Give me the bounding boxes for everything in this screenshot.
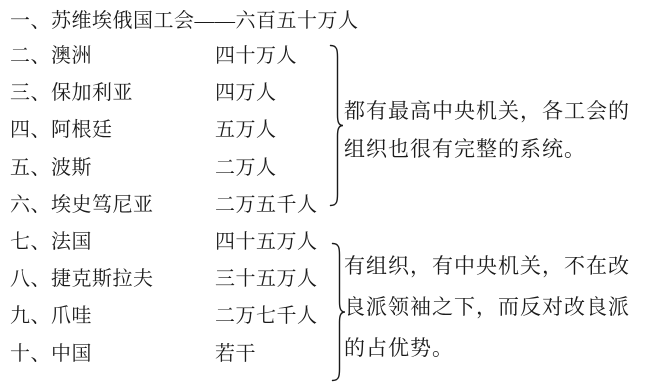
item-label: 三、保加利亚	[10, 76, 215, 105]
list-item: 十、中国 若干	[10, 333, 318, 370]
item-label: 六、埃史笃尼亚	[10, 188, 215, 217]
item-label: 二、澳洲	[10, 39, 215, 68]
item-count: 二万五千人	[215, 188, 318, 217]
item-count: 三十五万人	[215, 262, 318, 291]
document-page: 一、苏维埃俄国工会——六百五十万人 二、澳洲 四十万人 三、保加利亚 四万人 四…	[0, 0, 660, 391]
item-count: 二万人	[215, 151, 277, 180]
item-count: 五万人	[215, 113, 277, 142]
item-label: 四、阿根廷	[10, 113, 215, 142]
item-label: 九、爪哇	[10, 299, 215, 328]
group-1-items: 二、澳洲 四十万人 三、保加利亚 四万人 四、阿根廷 五万人 五、波斯 二万人 …	[10, 35, 318, 221]
list-item: 九、爪哇 二万七千人	[10, 295, 318, 332]
item-label: 五、波斯	[10, 151, 215, 180]
list-item: 四、阿根廷 五万人	[10, 109, 318, 146]
group-2-items: 七、法国 四十五万人 八、捷克斯拉夫 三十五万人 九、爪哇 二万七千人 十、中国…	[10, 221, 318, 370]
title-text: 一、苏维埃俄国工会——六百五十万人	[10, 4, 359, 33]
annotation-line: 有组织，有中央机关，不在改	[344, 246, 630, 287]
group-anti-reformist: 七、法国 四十五万人 八、捷克斯拉夫 三十五万人 九、爪哇 二万七千人 十、中国…	[0, 221, 660, 373]
annotation-line: 都有最高中央机关，各工会的	[344, 92, 630, 130]
group-central-organs: 二、澳洲 四十万人 三、保加利亚 四万人 四、阿根廷 五万人 五、波斯 二万人 …	[0, 35, 660, 222]
curly-brace-icon	[328, 44, 344, 207]
list-item: 三、保加利亚 四万人	[10, 72, 318, 109]
item-count: 四万人	[215, 76, 277, 105]
annotation-group-1: 都有最高中央机关，各工会的 组织也很有完整的系统。	[344, 92, 630, 168]
annotation-group-2: 有组织，有中央机关，不在改 良派领袖之下，而反对改良派 的占优势。	[344, 246, 630, 369]
item-count: 若干	[215, 337, 256, 366]
annotation-line: 的占优势。	[344, 328, 630, 369]
item-count: 四十万人	[215, 39, 297, 68]
item-count: 四十五万人	[215, 225, 318, 254]
list-item: 七、法国 四十五万人	[10, 221, 318, 258]
annotation-line: 组织也很有完整的系统。	[344, 130, 630, 168]
item-label: 七、法国	[10, 225, 215, 254]
list-item: 八、捷克斯拉夫 三十五万人	[10, 258, 318, 295]
item-label: 八、捷克斯拉夫	[10, 262, 215, 291]
list-item: 五、波斯 二万人	[10, 147, 318, 184]
list-item: 二、澳洲 四十万人	[10, 35, 318, 72]
list-item: 六、埃史笃尼亚 二万五千人	[10, 184, 318, 221]
item-label: 十、中国	[10, 337, 215, 366]
list-item-title: 一、苏维埃俄国工会——六百五十万人	[10, 0, 359, 37]
item-count: 二万七千人	[215, 299, 318, 328]
annotation-line: 良派领袖之下，而反对改良派	[344, 287, 630, 328]
